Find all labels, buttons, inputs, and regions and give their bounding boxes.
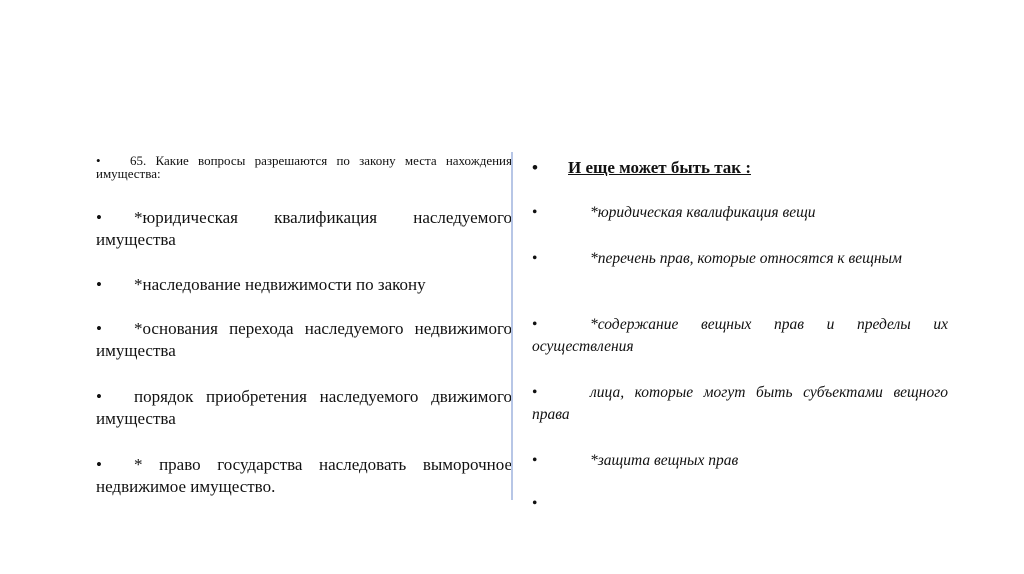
bullet-icon: • [532, 493, 590, 515]
list-item-text: *защита вещных прав [590, 452, 738, 469]
list-item-text: * право государства наследовать выморочн… [96, 455, 512, 496]
list-item: •порядок приобретения наследуемого движи… [96, 386, 512, 430]
list-item: •*перечень прав, которые относятся к вещ… [532, 248, 948, 270]
list-item-text: *перечень прав, которые относятся к вещн… [590, 250, 902, 267]
bullet-icon: • [96, 207, 134, 229]
bullet-icon: • [532, 248, 590, 270]
list-item-text: *содержание вещных прав и пределы их осу… [532, 316, 948, 355]
heading-text: И еще может быть так : [568, 158, 751, 177]
list-item-text: *юридическая квалификация наследуемого и… [96, 208, 512, 249]
question-item: •65. Какие вопросы разрешаются по закону… [96, 154, 512, 180]
slide: •65. Какие вопросы разрешаются по закону… [0, 0, 1024, 574]
list-item-text: *юридическая квалификация вещи [590, 204, 816, 221]
list-item: •*содержание вещных прав и пределы их ос… [532, 314, 948, 358]
bullet-icon: • [96, 386, 134, 408]
list-item-text: лица, которые могут быть субъектами вещн… [532, 384, 948, 423]
column-divider [511, 152, 513, 500]
bullet-icon: • [96, 274, 134, 296]
bullet-icon: • [532, 450, 590, 472]
list-item: •*наследование недвижимости по закону [96, 274, 512, 296]
bullet-icon: • [532, 314, 590, 336]
list-item: •лица, которые могут быть субъектами вещ… [532, 382, 948, 426]
bullet-icon: • [532, 202, 590, 224]
list-item: •* право государства наследовать вымороч… [96, 454, 512, 498]
question-text: 65. Какие вопросы разрешаются по закону … [96, 153, 512, 181]
list-item: •*основания перехода наследуемого недвиж… [96, 318, 512, 362]
list-item-empty: • [532, 493, 948, 515]
list-item: •*юридическая квалификация наследуемого … [96, 207, 512, 251]
list-item-text: *наследование недвижимости по закону [134, 275, 426, 294]
right-heading: •И еще может быть так : [532, 157, 948, 179]
list-item: •*защита вещных прав [532, 450, 948, 472]
bullet-icon: • [532, 382, 590, 404]
bullet-icon: • [96, 318, 134, 340]
list-item-text: порядок приобретения наследуемого движим… [96, 387, 512, 428]
list-item: •*юридическая квалификация вещи [532, 202, 948, 224]
list-item-text: *основания перехода наследуемого недвижи… [96, 319, 512, 360]
bullet-icon: • [96, 454, 134, 476]
bullet-icon: • [532, 157, 568, 179]
